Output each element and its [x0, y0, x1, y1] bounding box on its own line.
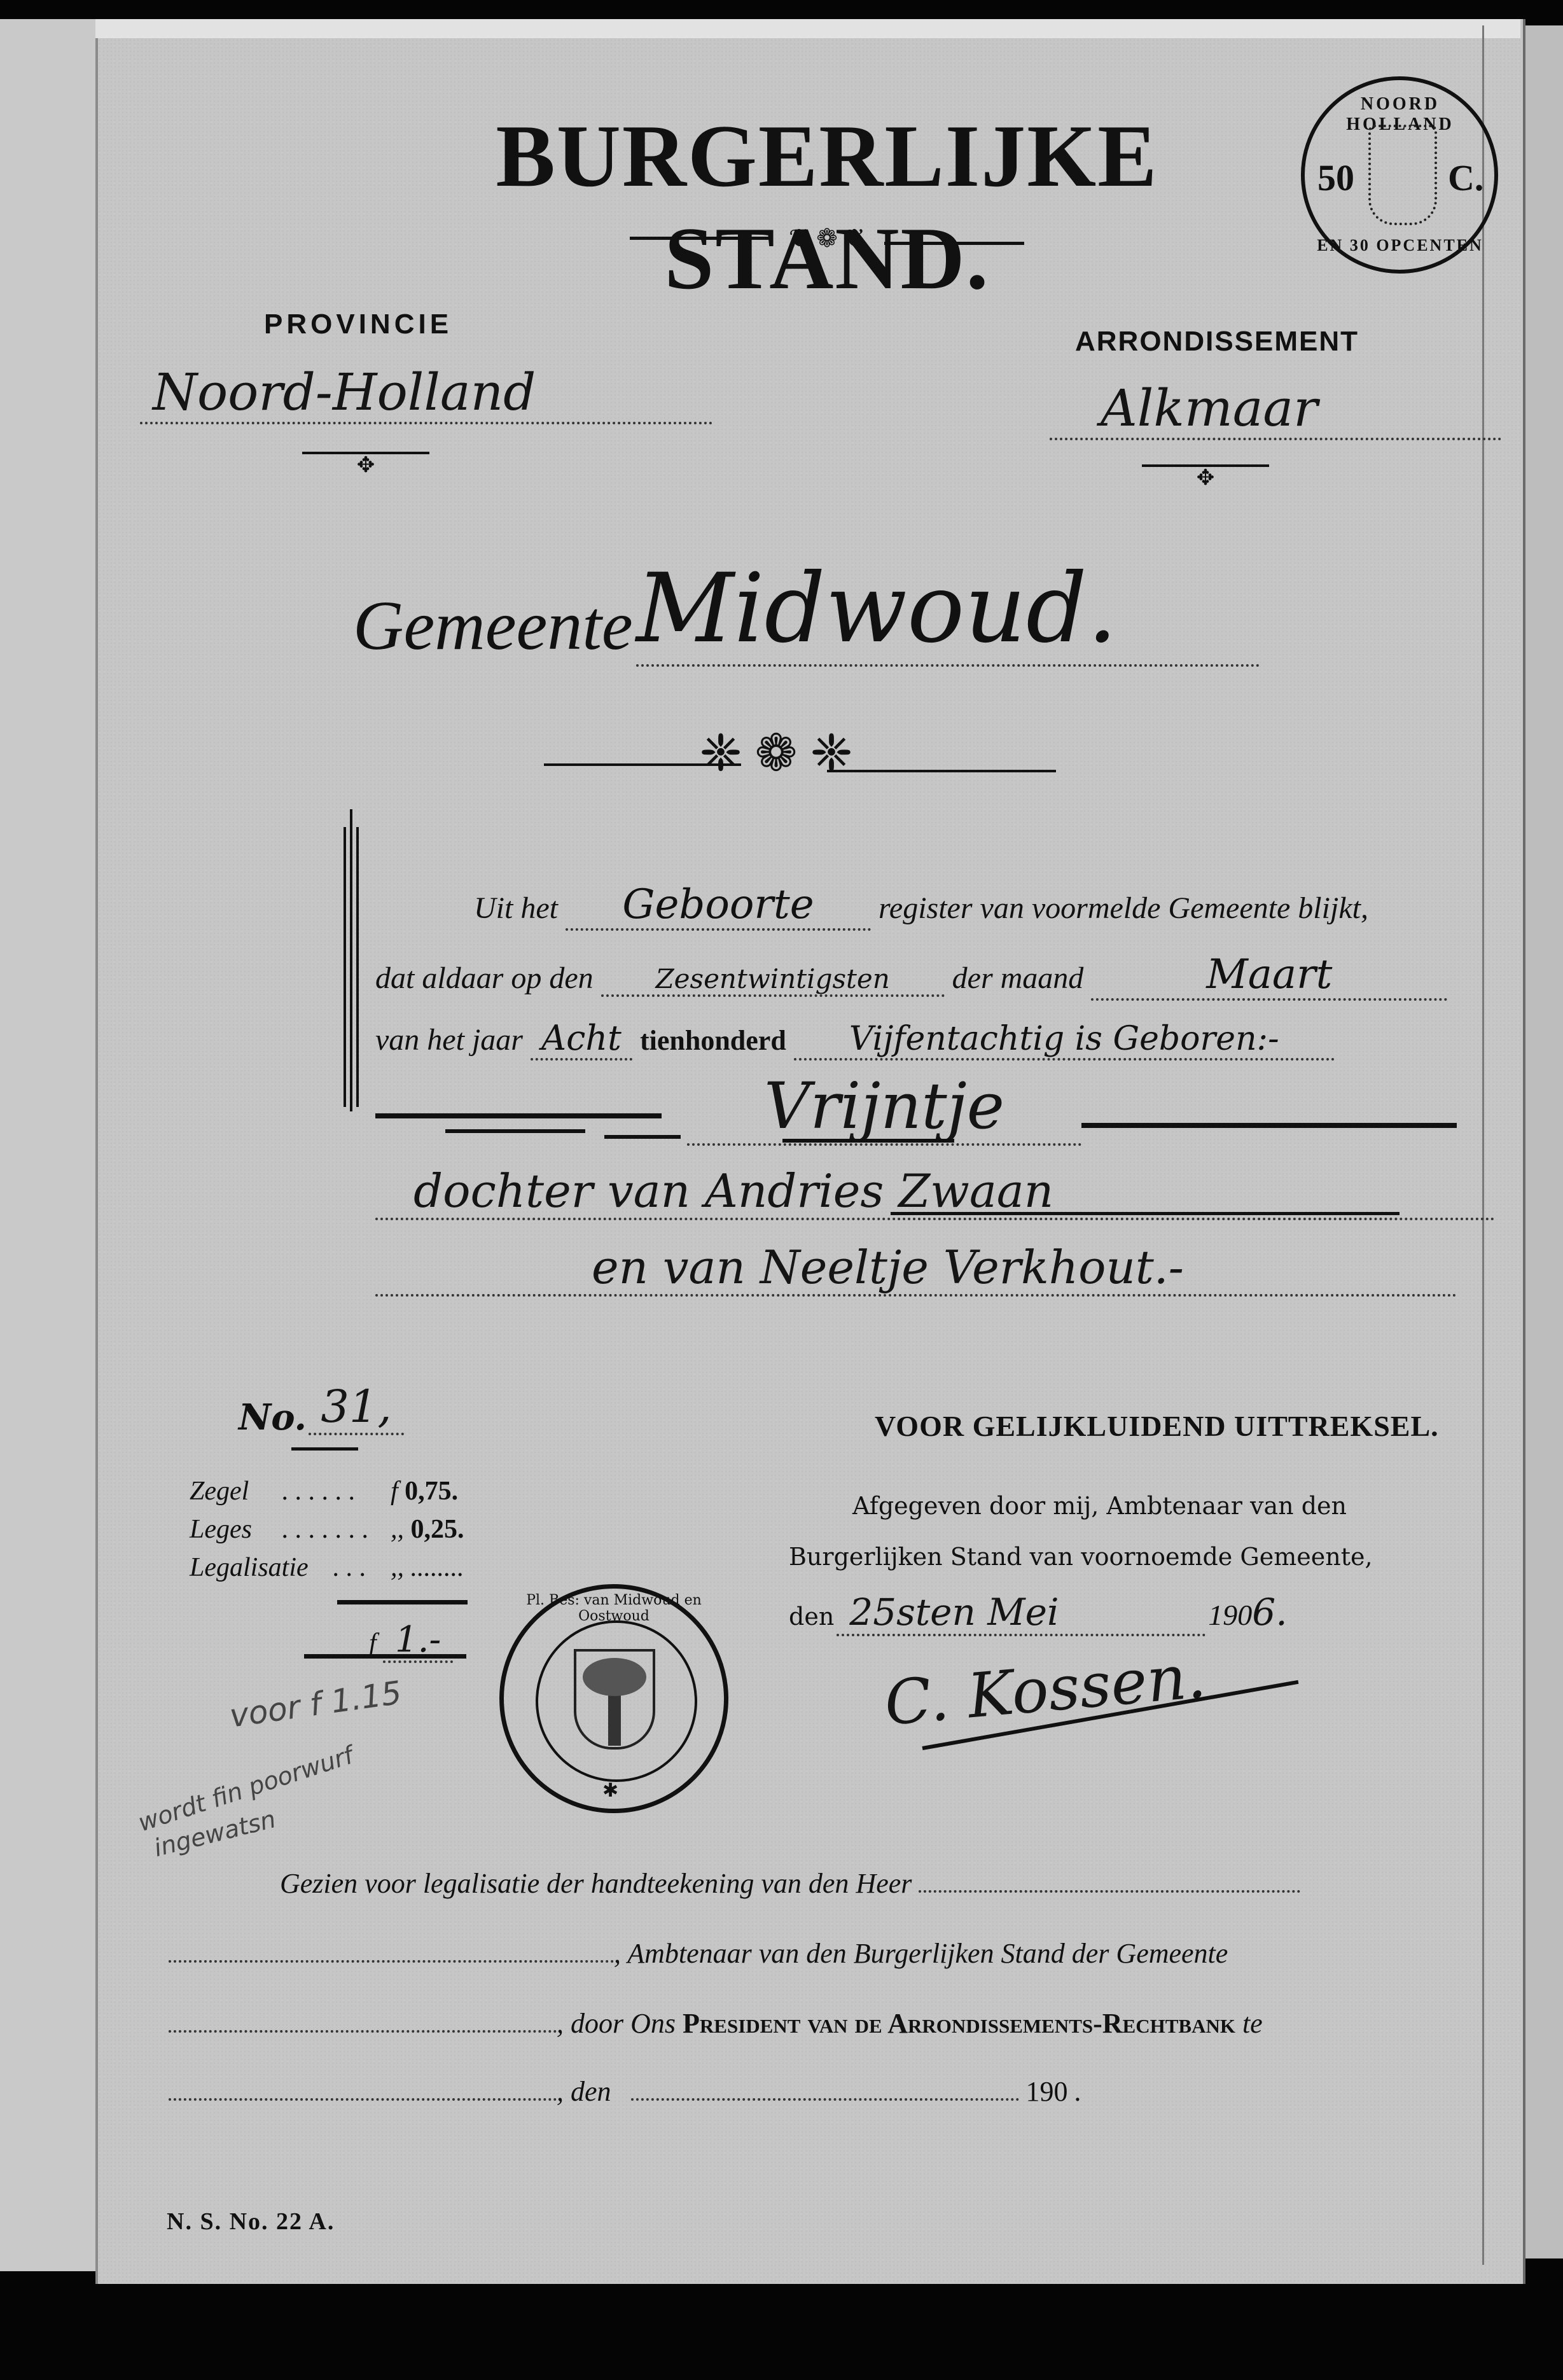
arrondissement-label: ARRONDISSEMENT: [1075, 326, 1359, 358]
extract-prefix: van het jaar: [375, 1023, 523, 1057]
month-field: Maart: [1091, 951, 1447, 1001]
year-rest-field: Vijfentachtig is Geboren:-: [794, 1020, 1335, 1061]
vertical-rule: [344, 827, 346, 1107]
fee-label: Leges: [190, 1514, 275, 1545]
legal-text: , door Ons: [557, 2008, 676, 2039]
date-prefix: den: [789, 1603, 834, 1631]
ambtenaar-field[interactable]: [169, 1960, 614, 1963]
fee-row: Legalisatie . . . ,, ........: [190, 1552, 464, 1583]
fee-dots: . . . . . .: [282, 1476, 384, 1507]
provincie-label: PROVINCIE: [264, 309, 452, 340]
father-underline: [891, 1212, 1400, 1215]
extract-suffix: register van voormelde Gemeente blijkt,: [879, 891, 1368, 925]
provincie-value: Noord-Holland: [140, 363, 712, 424]
legal-text: te: [1242, 2008, 1263, 2039]
seal-star-icon: ✱: [602, 1779, 618, 1802]
extract-line-1: Uit het Geboorte register van voormelde …: [474, 881, 1368, 931]
tax-stamp-unit: C.: [1448, 157, 1483, 199]
tax-stamp: NOORD HOLLAND 50 C. EN 30 OPCENTEN: [1301, 76, 1498, 274]
tax-stamp-bottom-text: EN 30 OPCENTEN: [1305, 236, 1496, 255]
municipal-seal: Pl. Bes: van Midwoud en Oostwoud ✱: [499, 1584, 728, 1813]
arrondissement-ornament-icon: ✥: [1183, 466, 1228, 491]
fees-total-rule: [337, 1600, 468, 1604]
fee-dots: . . .: [333, 1552, 384, 1583]
register-type-field: Geboorte: [566, 881, 871, 931]
year-printed: 190: [1208, 1599, 1252, 1631]
separator-dash: [604, 1135, 681, 1139]
gemeente-value: Midwoud.: [636, 553, 1260, 667]
year-printed-part: tienhonderd: [640, 1025, 786, 1056]
certification-heading: VOOR GELIJKLUIDEND UITTREKSEL.: [875, 1409, 1439, 1443]
extract-prefix: Uit het: [474, 891, 558, 925]
legal-text: .: [1075, 2076, 1082, 2107]
legal-text: Gezien voor legalisatie der handteekenin…: [280, 1868, 912, 1899]
tree-crown: [583, 1658, 646, 1696]
legalisation-line-1: Gezien voor legalisatie der handteekenin…: [280, 1867, 1300, 1900]
title-ornament-icon: ❦ ❁ ❦: [763, 226, 891, 251]
adjacent-page-edge: [0, 19, 110, 2271]
document-title: BURGERLIJKE STAND.: [382, 105, 1272, 310]
fee-amount: 0,75.: [405, 1477, 458, 1506]
separator-dash: [445, 1129, 585, 1133]
extract-prefix: dat aldaar op den: [375, 961, 594, 995]
vertical-rule: [356, 827, 359, 1107]
crown-lion-icon: [1368, 125, 1437, 225]
fee-currency: f: [391, 1477, 398, 1506]
gemeente-label: Gemeente: [353, 585, 633, 666]
fee-currency: ,,: [391, 1515, 404, 1544]
number-field: 31,: [309, 1381, 404, 1435]
year-handwritten: 6.: [1252, 1590, 1287, 1634]
tree-trunk: [608, 1690, 621, 1746]
day-field: Zesentwintigsten: [601, 963, 945, 997]
title-divider-left: [630, 237, 770, 240]
fee-label: Legalisatie: [190, 1552, 326, 1583]
name-line-left: [375, 1113, 662, 1118]
certification-date: den 25sten Mei 1906.: [789, 1590, 1288, 1636]
place-field[interactable]: [169, 2098, 557, 2101]
year-thousands-field: Acht: [531, 1018, 632, 1061]
mother-field: en van Neeltje Verkhout.-: [375, 1241, 1457, 1297]
arrondissement-value: Alkmaar: [1050, 379, 1501, 440]
certification-line-2: Burgerlijken Stand van voornoemde Gemeen…: [789, 1543, 1373, 1571]
legalisation-line-2: , Ambtenaar van den Burgerlijken Stand d…: [169, 1937, 1228, 1970]
legal-year: 190: [1026, 2076, 1068, 2107]
fee-currency: ,,: [391, 1553, 404, 1582]
number-divider: [291, 1447, 358, 1451]
fee-dots: . . . . . . .: [282, 1514, 384, 1545]
legal-text: , Ambtenaar van den Burgerlijken Stand d…: [614, 1938, 1228, 1969]
separator-dash: [782, 1139, 954, 1143]
fee-row: Leges . . . . . . . ,, 0,25.: [190, 1514, 464, 1545]
page-top-edge: [95, 19, 1520, 38]
legalisation-line-3: , door Ons President van de Arrondisseme…: [169, 2007, 1263, 2040]
gemeente-field[interactable]: [169, 2030, 557, 2033]
fee-amount: 0,25.: [411, 1515, 464, 1544]
extract-line-3: van het jaar Acht tienhonderd Vijfentach…: [375, 1018, 1335, 1061]
provincie-ornament-icon: ✥: [344, 453, 388, 478]
vertical-rule: [350, 809, 352, 1111]
fee-row: Zegel . . . . . . f 0,75.: [190, 1476, 458, 1507]
date-field: 25sten Mei: [837, 1590, 1205, 1636]
legal-text: , den: [557, 2076, 611, 2107]
fee-amount: ........: [411, 1553, 464, 1582]
fees-bottom-rule: [304, 1654, 466, 1659]
extract-mid: der maand: [952, 961, 1084, 995]
legal-date-field[interactable]: [631, 2098, 1019, 2101]
form-number: N. S. No. 22 A.: [167, 2208, 335, 2236]
extract-line-2: dat aldaar op den Zesentwintigsten der m…: [375, 951, 1447, 1001]
fee-label: Zegel: [190, 1476, 275, 1507]
heer-field[interactable]: [919, 1890, 1300, 1893]
tax-stamp-value: 50: [1317, 157, 1354, 199]
legal-caps-text: President van de Arrondissements-Rechtba…: [683, 2008, 1235, 2039]
title-divider-right: [884, 242, 1024, 245]
flourish-ornament-icon: ❈ ❁ ❈: [674, 725, 878, 783]
certification-line-1: Afgegeven door mij, Ambtenaar van den: [852, 1492, 1347, 1520]
child-name-field: Vrijntje: [687, 1069, 1081, 1146]
name-line-right: [1081, 1123, 1457, 1128]
tree-shield-icon: [574, 1649, 655, 1750]
seal-text: Pl. Bes: van Midwoud en Oostwoud: [504, 1592, 724, 1624]
legalisation-line-4: , den 190 .: [169, 2075, 1082, 2108]
page-fold-line: [1482, 25, 1484, 2265]
number-label: No.: [239, 1396, 307, 1438]
